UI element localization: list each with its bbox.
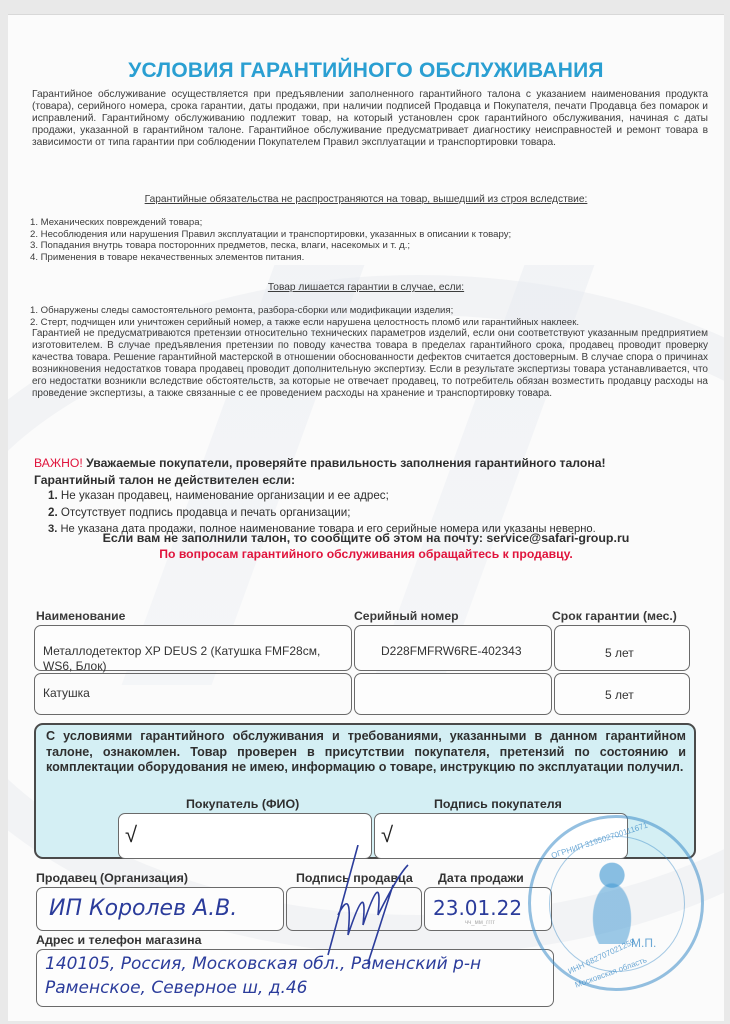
table-row-1-name: Металлодетектор XP DEUS 2 (Катушка FMF28… <box>34 625 352 671</box>
seller-org-label: Продавец (Организация) <box>36 871 188 885</box>
table-row-2-warranty: 5 лет <box>554 673 690 715</box>
checkmark-icon: √ <box>125 822 137 848</box>
important-notice: ВАЖНО! Уважаемые покупатели, проверяйте … <box>34 455 714 538</box>
header-warranty: Срок гарантии (мес.) <box>552 609 677 623</box>
list-item: 1. Механических повреждений товара; <box>30 217 710 229</box>
header-serial: Серийный номер <box>354 609 459 623</box>
intro-paragraph: Гарантийное обслуживание осуществляется … <box>32 89 708 149</box>
sale-date-value: 23.01.22 <box>433 896 522 920</box>
voiding-heading: Товар лишается гарантии в случае, если: <box>8 282 724 293</box>
seller-signature-scribble <box>308 845 418 965</box>
list-item: 2. Несоблюдения или нарушения Правил экс… <box>30 229 710 241</box>
table-row-1-warranty: 5 лет <box>554 625 690 671</box>
voiding-list: 1. Обнаружены следы самостоятельного рем… <box>30 305 710 328</box>
seller-stamp: ОГРНИП 319502700111671 М.П. ИНН 68270702… <box>528 815 704 991</box>
address-line-2: Раменское, Северное ш, д.46 <box>45 976 307 1000</box>
table-row-1-serial: D228FMFRW6RE-402343 <box>354 625 552 671</box>
exclusions-heading: Гарантийные обязательства не распростран… <box>8 194 724 205</box>
list-item: 3. Попадания внутрь товара посторонних п… <box>30 240 710 252</box>
list-item: 2. Стерт, подчищен или уничтожен серийны… <box>30 317 710 329</box>
agreement-text: С условиями гарантийного обслуживания и … <box>46 729 686 776</box>
stamp-figure-icon <box>579 858 645 944</box>
seller-org-field[interactable]: ИП Королев А.В. <box>36 887 284 931</box>
important-label: ВАЖНО <box>34 456 79 470</box>
seller-org-value: ИП Королев А.В. <box>49 896 237 921</box>
list-item: 4. Применения в товаре некачественных эл… <box>30 252 710 264</box>
header-name: Наименование <box>36 609 125 623</box>
address-field[interactable]: 140105, Россия, Московская обл., Раменск… <box>36 949 554 1007</box>
list-item: 2. Отсутствует подпись продавца и печать… <box>34 505 714 522</box>
exclusions-list: 1. Механических повреждений товара; 2. Н… <box>30 217 710 263</box>
buyer-sign-label: Подпись покупателя <box>434 797 562 811</box>
voiding-paragraph: Гарантией не предусматриваются претензии… <box>32 328 708 399</box>
sale-date-label: Дата продажи <box>438 871 524 885</box>
date-format-hint: чч_мм_гггг <box>465 920 495 926</box>
list-item: 1. Обнаружены следы самостоятельного рем… <box>30 305 710 317</box>
table-row-2-serial <box>354 673 552 715</box>
list-item: 1. Не указан продавец, наименование орга… <box>34 488 714 505</box>
page-title: УСЛОВИЯ ГАРАНТИЙНОГО ОБСЛУЖИВАНИЯ <box>8 59 724 83</box>
important-line1: Уважаемые покупатели, проверяйте правиль… <box>86 456 605 470</box>
important-line2: Гарантийный талон не действителен если: <box>34 473 295 487</box>
seller-note: По вопросам гарантийного обслуживания об… <box>8 547 724 561</box>
warranty-card-page: УСЛОВИЯ ГАРАНТИЙНОГО ОБСЛУЖИВАНИЯ Гарант… <box>8 14 724 1021</box>
table-row-2-name: Катушка <box>34 673 352 715</box>
contact-email-line: Если вам не заполнили талон, то сообщите… <box>8 531 724 545</box>
buyer-name-label: Покупатель (ФИО) <box>186 797 299 811</box>
address-label: Адрес и телефон магазина <box>36 933 201 947</box>
